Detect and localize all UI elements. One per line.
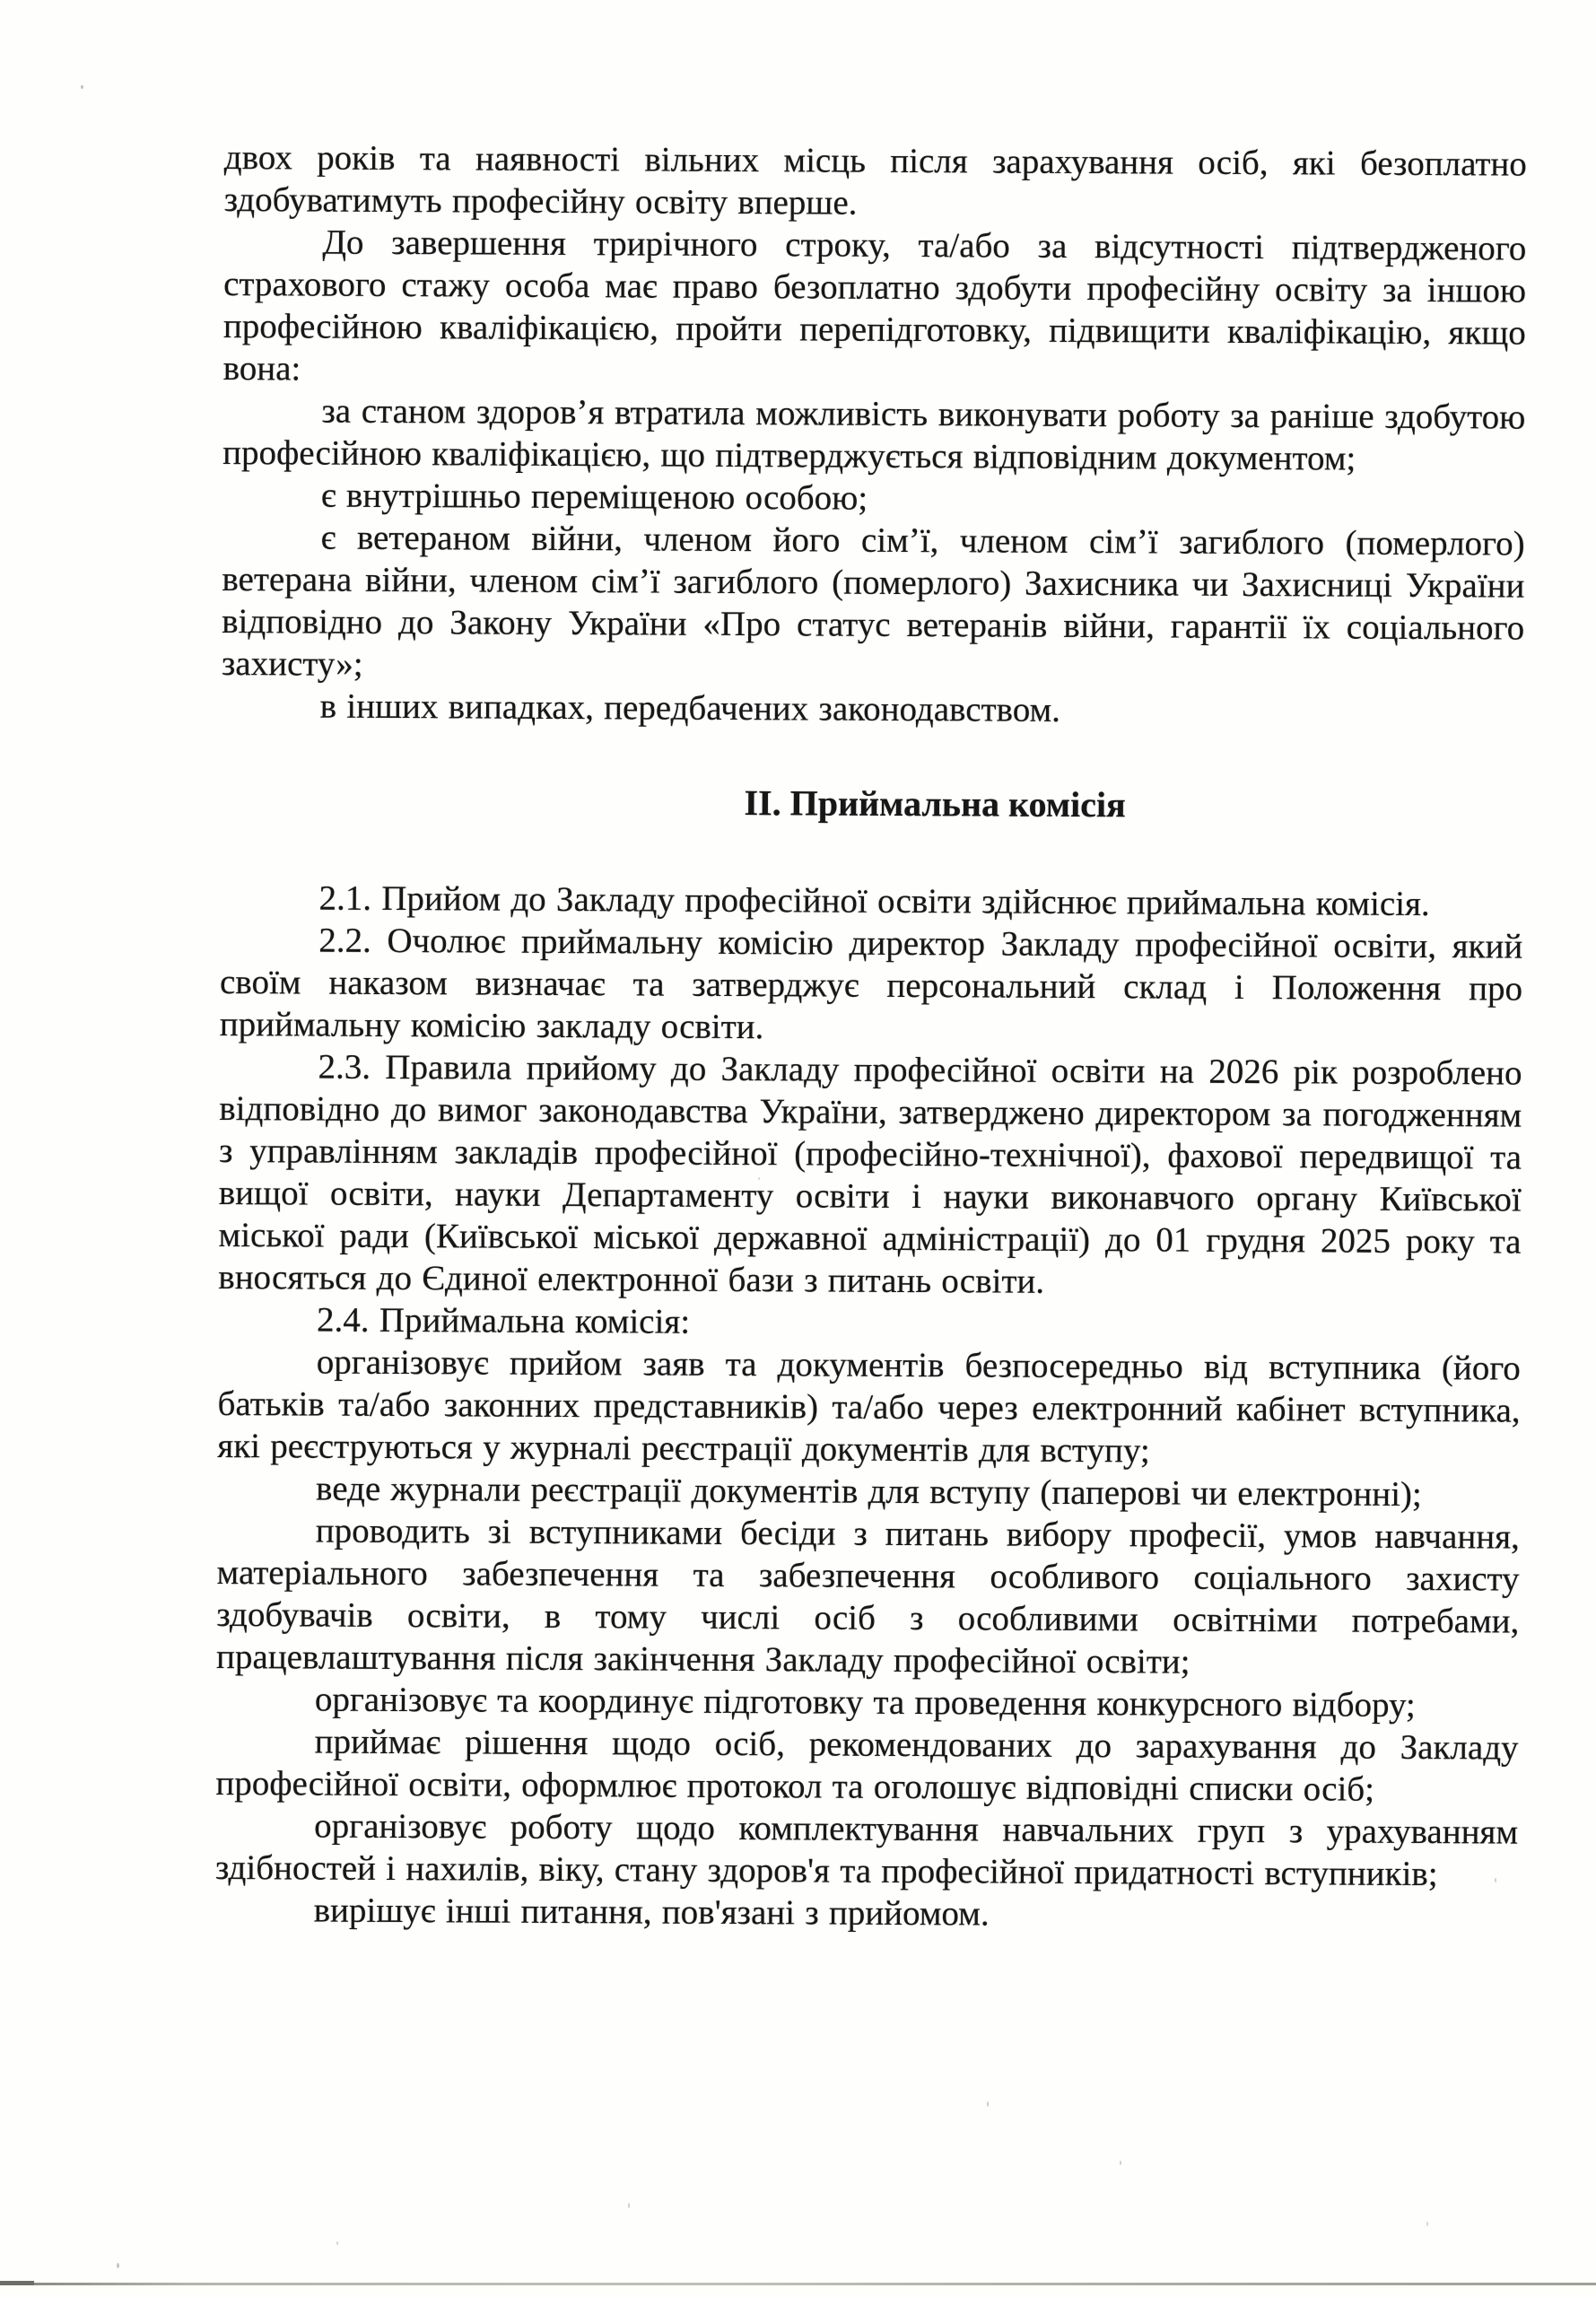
scan-edge-line [0,2283,1596,2285]
paragraph: приймає рішення щодо осіб, рекомендовани… [215,1720,1518,1812]
scan-speck [758,1177,760,1180]
section-heading: ІІ. Приймальна комісія [221,779,1523,828]
scan-edge-line-cap [0,2281,34,2285]
paragraph: організовує роботу щодо комплектування н… [215,1804,1518,1896]
scanned-document-page: двох років та наявності вільних місць пі… [0,0,1596,2297]
paragraph: 2.3. Правила прийому до Закладу професій… [218,1045,1522,1306]
paragraph: проводить зі вступниками бесіди з питань… [216,1509,1520,1685]
scan-speck [81,85,83,89]
scan-speck [628,2203,630,2208]
paragraph: є внутрішньо переміщеною особою; [222,474,1525,523]
scan-speck [336,2241,338,2245]
scan-speck [987,2101,989,2107]
document-body: двох років та наявності вільних місць пі… [215,136,1527,1938]
paragraph: організовує та координує підготовку та п… [216,1678,1519,1727]
paragraph: 2.4. Приймальна комісія: [218,1298,1521,1348]
paragraph: веде журнали реєстрації документів для в… [217,1467,1520,1516]
paragraph: вирішує інші питання, пов'язані з прийом… [215,1889,1518,1938]
paragraph: за станом здоров’я втратила можливість в… [222,389,1525,481]
scan-speck [1495,1878,1496,1882]
paragraph: 2.1. Прийом до Закладу професійної освіт… [220,877,1522,926]
paragraph: двох років та наявності вільних місць пі… [224,136,1527,228]
scan-speck [1426,2222,1428,2226]
scan-speck [1120,2161,1121,2165]
scan-speck [117,2263,119,2268]
paragraph: 2.2. Очолює приймальну комісію директор … [220,919,1523,1052]
paragraph: в інших випадках, передбачених законодав… [222,685,1524,734]
paragraph: є ветераном війни, членом його сім’ї, чл… [222,516,1525,692]
paragraph: організовує прийом заяв та документів бе… [217,1341,1521,1474]
paragraph: До завершення трирічного строку, та/або … [223,221,1527,397]
